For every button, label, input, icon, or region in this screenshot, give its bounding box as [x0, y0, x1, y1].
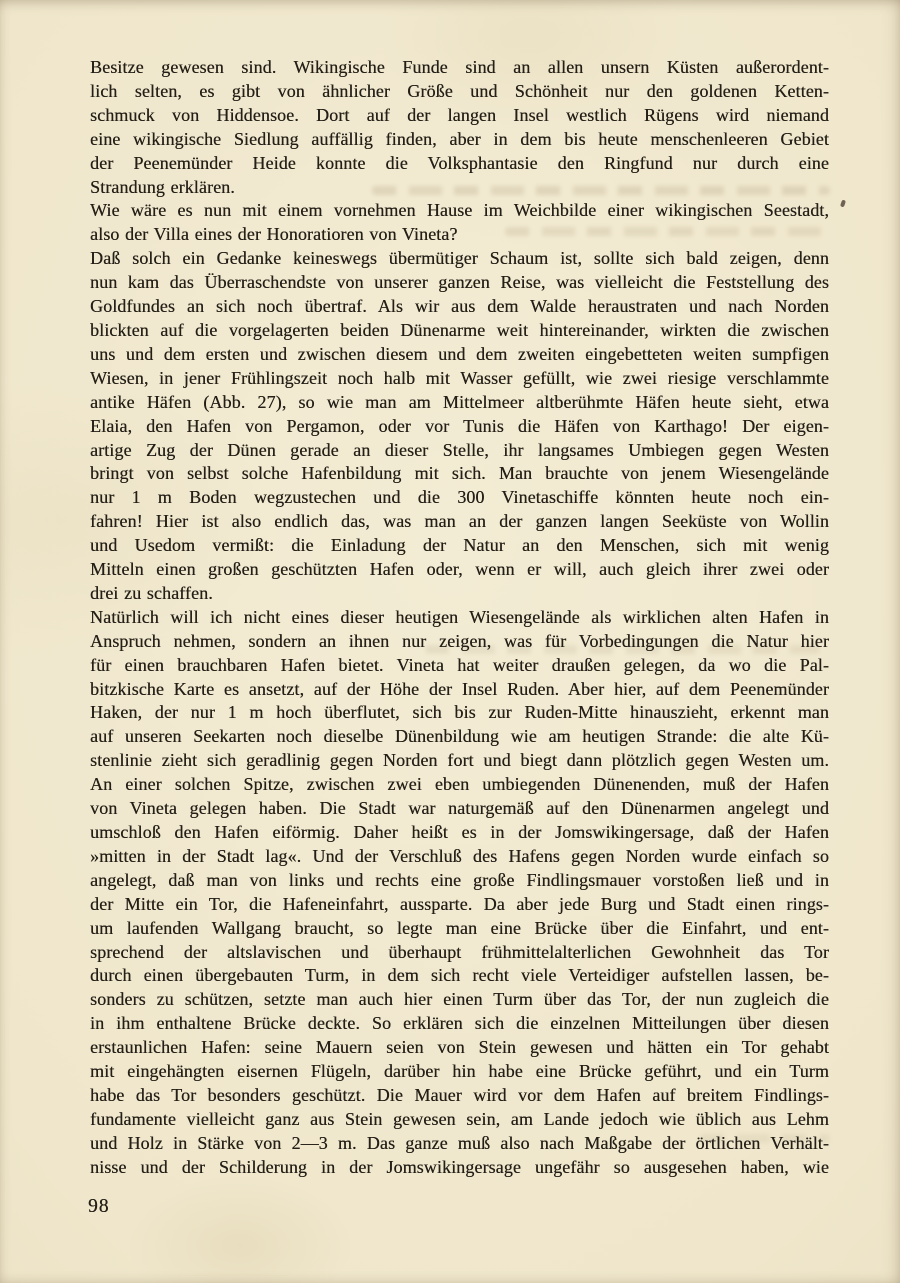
- text-line: Goldfundes an sich noch übertraf. Als wi…: [90, 295, 829, 319]
- text-line: Mitteln einen großen geschützten Hafen o…: [90, 558, 829, 582]
- text-line: blickten auf die vorgelagerten beiden Dü…: [90, 319, 829, 343]
- text-line: artige Zug der Dünen gerade an dieser St…: [90, 439, 829, 463]
- text-line: uns und dem ersten und zwischen diesem u…: [90, 343, 829, 367]
- text-line: nur 1 m Boden wegzustechen und die 300 V…: [90, 486, 829, 510]
- text-line: antike Häfen (Abb. 27), so wie man am Mi…: [90, 391, 829, 415]
- text-line: Daß solch ein Gedanke keineswegs übermüt…: [90, 247, 829, 271]
- text-line: schmuck von Hiddensoe. Dort auf der lang…: [90, 104, 829, 128]
- text-line: drei zu schaffen.: [90, 582, 829, 606]
- text-line: und Usedom vermißt: die Einladung der Na…: [90, 534, 829, 558]
- text-line: nun kam das Überraschendste von unserer …: [90, 271, 829, 295]
- text-line: mit eingehängten eisernen Flügeln, darüb…: [90, 1060, 829, 1084]
- text-line: fahren! Hier ist also endlich das, was m…: [90, 510, 829, 534]
- text-line: bitzkische Karte es ansetzt, auf der Höh…: [90, 678, 829, 702]
- paragraph: Daß solch ein Gedanke keineswegs übermüt…: [90, 247, 829, 606]
- text-line: von Vineta gelegen haben. Die Stadt war …: [90, 797, 829, 821]
- text-line: für einen brauchbaren Hafen bietet. Vine…: [90, 654, 829, 678]
- book-page: Besitze gewesen sind. Wikingische Funde …: [0, 0, 900, 1283]
- text-line: erstaunlichen Hafen: seine Mauern seien …: [90, 1036, 829, 1060]
- text-line: lich selten, es gibt von ähnlicher Größe…: [90, 80, 829, 104]
- text-line: Strandung erklären.: [90, 176, 829, 200]
- text-line: der Peenemünder Heide konnte die Volksph…: [90, 152, 829, 176]
- text-line: auf unseren Seekarten noch dieselbe Düne…: [90, 725, 829, 749]
- text-line: Natürlich will ich nicht eines dieser he…: [90, 606, 829, 630]
- text-line: eine wikingische Siedlung auffällig find…: [90, 128, 829, 152]
- text-line: umschloß den Hafen eiförmig. Daher heißt…: [90, 821, 829, 845]
- text-line: nisse und der Schilderung in der Jomswik…: [90, 1156, 829, 1180]
- text-line: durch einen übergebauten Turm, in dem si…: [90, 964, 829, 988]
- paragraph: Wie wäre es nun mit einem vornehmen Haus…: [90, 199, 829, 247]
- text-line: der Mitte ein Tor, die Hafeneinfahrt, au…: [90, 893, 829, 917]
- text-line: »mitten in der Stadt lag«. Und der Versc…: [90, 845, 829, 869]
- text-line: Wiesen, in jener Frühlingszeit noch halb…: [90, 367, 829, 391]
- text-line: Haken, der nur 1 m hoch überflutet, sich…: [90, 701, 829, 725]
- text-line: habe das Tor besonders geschützt. Die Ma…: [90, 1084, 829, 1108]
- text-line: und Holz in Stärke von 2—3 m. Das ganze …: [90, 1132, 829, 1156]
- paragraph: Besitze gewesen sind. Wikingische Funde …: [90, 56, 829, 199]
- text-line: sonders zu schützen, setzte man auch hie…: [90, 988, 829, 1012]
- text-line: bringt von selbst solche Hafenbildung mi…: [90, 462, 829, 486]
- text-line: sprechend der altslavischen und überhaup…: [90, 941, 829, 965]
- paragraph: Natürlich will ich nicht eines dieser he…: [90, 606, 829, 1180]
- text-line: An einer solchen Spitze, zwischen zwei e…: [90, 773, 829, 797]
- page-number: 98: [88, 1196, 110, 1218]
- text-line: Anspruch nehmen, sondern an ihnen nur ze…: [90, 630, 829, 654]
- text-line: um laufenden Wallgang braucht, so legte …: [90, 917, 829, 941]
- text-line: angelegt, daß man von links und rechts e…: [90, 869, 829, 893]
- text-block: Besitze gewesen sind. Wikingische Funde …: [90, 56, 829, 1180]
- text-line: stenlinie zieht sich geradlinig gegen No…: [90, 749, 829, 773]
- text-line: Elaia, den Hafen von Pergamon, oder vor …: [90, 415, 829, 439]
- text-line: in ihm enthaltene Brücke deckte. So erkl…: [90, 1012, 829, 1036]
- ink-speck: [840, 200, 846, 208]
- text-line: Besitze gewesen sind. Wikingische Funde …: [90, 56, 829, 80]
- text-line: Wie wäre es nun mit einem vornehmen Haus…: [90, 199, 829, 223]
- text-line: fundamente vielleicht ganz aus Stein gew…: [90, 1108, 829, 1132]
- text-line: also der Villa eines der Honoratioren vo…: [90, 223, 829, 247]
